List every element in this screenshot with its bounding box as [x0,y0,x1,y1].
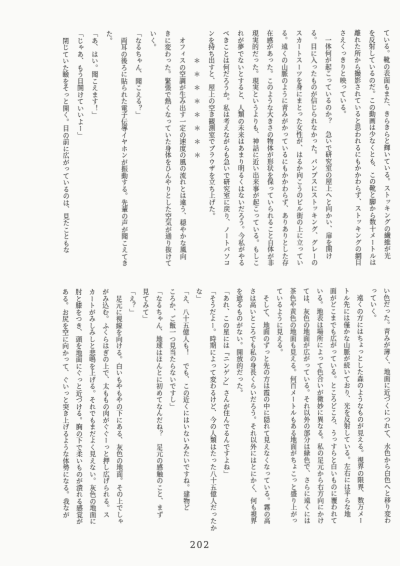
text-column: いる。地表は場所によって色合いが微妙に異なる。私の足元から右方向にかけ [311,288,325,544]
text-column: 「じゃあ、もう目開けていいよー」 [70,30,85,286]
text-column: ンを持ち出すと、屋上の空き観測室でブラウザを立ち上げた。 [202,30,217,286]
text-column: 茶色や黄色の地面も見える。何百メートルもある地面がちょこっと盛り上がっ [284,288,298,544]
text-column: 両耳の後ろに貼られた電子伝導イヤホンが振動する。先輩の声が聞こえてき [114,30,129,286]
text-column: 面がどこまでも広がっている。ところどころ、うっすらと白いものに覆われて [325,288,339,544]
text-column: ては、灰色の地面が広がっている。それ以外の部分は緑色で、さらに遠くには [298,288,312,544]
text-column: 離れた所から撮影されていると思われるにもかかわらず、ストッキングの網目 [348,30,363,286]
text-column: オフィスの空調が生み出す一定の速度の風の流れとは違う、穏やかな風向 [173,30,188,286]
text-column: 一体何が起こっているのか？ 急いで研究室の屋上へと向かい、扉を開け [319,30,334,286]
text-column: 「なるちゃん、聞こえる？」 [129,30,144,286]
text-column: 「あ、はい。聞こえます！」 [85,30,100,286]
book-page: ている。靴の表面もまた、きらきらと輝いている。ストッキングの繊維が光を反射してい… [0,0,400,566]
text-column: な」 [191,288,205,544]
text-column: いく。 [143,30,158,286]
text-column: べきことは何だろうか。私は考えながらも急いで研究室に戻り、ノートパソコ [216,30,231,286]
text-column: ているように見える。 [271,288,285,544]
text-column: れが夢でないとすると、人類の未来はあまり明るくはないだろう。今私がやる [231,30,246,286]
text-column: そして、地面のずっと先の方は霞の中に隠れて見えなくなっている。霧の高 [258,288,272,544]
text-column: 在感があった。このような大きさの物体が形状を保っていられること自体が非 [260,30,275,286]
text-column: ある。お尻を空に向かって、ぐいっと突き上げるような体勢になる。我なが [57,289,71,545]
text-column: スカートスーツを身にまとった女性が、はるか向こうのビル街の上に立ってい [289,30,304,286]
text-column: 遠くの方にはちょっとした森のようなものが見える。視界の限界、数万メー [351,288,365,544]
text-column: ＊ ＊ ＊ ＊ ＊ ＊ ＊ ＊ [187,30,202,286]
text-column: さは高いところでも私の身長くらいだろう。それ以外にはとにかく、何も視界 [244,288,258,544]
text-column: 「え？」 [124,288,138,544]
page-number: 202 [0,541,400,551]
text-column: がみ込む。ふくらはぎの上で、太ももの肉がぐぐーっと押し広げられる。ス [97,288,111,544]
text-column: る。遠くの山脈のように青みがかっているにもかかわらず、ありありとした存 [275,30,290,286]
text-column: っていく。 [365,287,379,543]
text-column: 肘と膝をつき、頭を地面にぐっと近づける。胸の下で柔いものが潰れる感覚が [70,288,84,544]
text-column: る。目に入ったものが信じられなかった。パンプスにストッキング、グレーの [304,30,319,286]
text-column: 「え、八十五億人も！ でも、この近くにはいないみたいですね。建物ど [177,288,191,544]
text-column: を反射しているのだ。この動画は少なくとも、この靴と脚から数十メートルは [362,29,377,285]
text-column: さえくっきりと映っている。 [333,30,348,286]
bottom-text-block: い色だった。青みが薄く、地面に近づくにつれて、水色から白色へと移り変わっていく。… [57,287,393,544]
text-column: た。 [100,30,115,286]
text-column: トル先には僅かな山脈が続いており、光を反射している。左右には平らな地 [338,288,352,544]
text-column: カートがみしみしと悲鳴を上げる。それでもまだよく見えない。灰色の地面に [84,288,98,544]
text-column: 足元に視線を向ける。白いもやもやの下にある、灰色の地面。その上でしゃ [110,288,124,544]
text-column: 「そうだよー。時期によって変わるけど、今の人類はたった八十五億人だったか [204,288,218,544]
text-column: 閉じていた瞼をそっと開く。目の前に広がっているのは、見たこともな [56,31,71,287]
text-column: きに変わった。緊張で熱くなっていた身体をひんやりとした空気が通り抜けて [158,30,173,286]
text-column: い色だった。青みが薄く、地面に近づくにつれて、水色から白色へと移り変わ [378,287,392,543]
text-column: 「なるちゃん、地球はほんとに初めてなんだね？ 足元の感触のこと、まず [151,288,165,544]
text-column: 見てみて」 [137,288,151,544]
text-column: ている。靴の表面もまた、きらきらと輝いている。ストッキングの繊維が光 [377,29,392,285]
text-column: 現実的だった。現実というよりも、神話に近い出来事が起こっている。もしこ [246,30,261,286]
text-column: 「あれ、この星には『ニンゲン』さんが住んでるんですよね」 [217,288,231,544]
top-text-block: ている。靴の表面もまた、きらきらと輝いている。ストッキングの繊維が光を反射してい… [56,29,393,286]
text-column: ころか、ご飯一つ見当たらないですし」 [164,288,178,544]
text-column: を遮るものがない。開放的だった。 [231,288,245,544]
